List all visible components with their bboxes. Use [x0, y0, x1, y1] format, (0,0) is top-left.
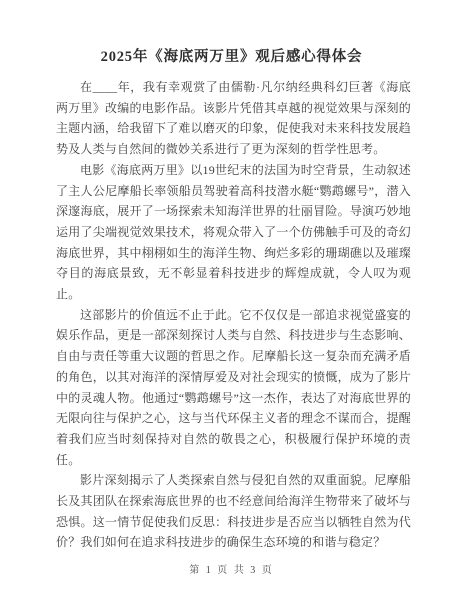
paragraph-plot-summary: 电影《海底两万里》以19世纪末的法国为时空背景，生动叙述了主人公尼摩船长率领船员… [56, 160, 411, 305]
paragraph-reflection: 影片深刻揭示了人类探索自然与侵犯自然的双重面貌。尼摩船长及其团队在探索海底世界的… [56, 470, 411, 553]
paragraph-intro: 在____年，我有幸观赏了由儒勒·凡尔纳经典科幻巨著《海底两万里》改编的电影作品… [56, 77, 411, 160]
document-body: 在____年，我有幸观赏了由儒勒·凡尔纳经典科幻巨著《海底两万里》改编的电影作品… [56, 77, 411, 553]
document-title: 2025年《海底两万里》观后感心得体会 [0, 0, 463, 66]
document-page: 2025年《海底两万里》观后感心得体会 在____年，我有幸观赏了由儒勒·凡尔纳… [0, 0, 463, 600]
page-number: 第 1 页 共 3 页 [0, 561, 463, 576]
paragraph-themes: 这部影片的价值远不止于此。它不仅仅是一部追求视觉盛宴的娱乐作品，更是一部深刻探讨… [56, 305, 411, 471]
